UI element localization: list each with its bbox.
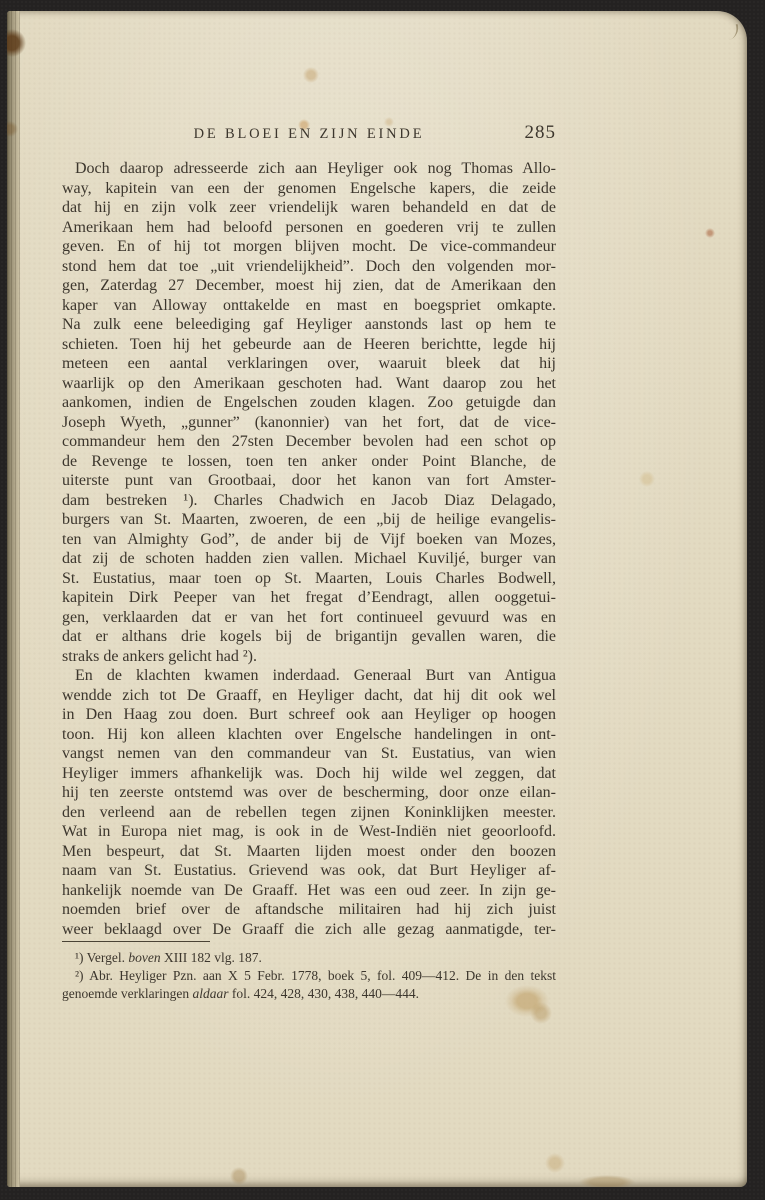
page-number: 285 xyxy=(525,122,557,144)
page-content: DE BLOEI EN ZIJN EINDE 285 Doch daarop a… xyxy=(62,126,556,1003)
text-line: dam bestreken ¹). Charles Chadwich en Ja… xyxy=(62,491,556,511)
text-line: burgers van St. Maarten, zwoeren, de een… xyxy=(62,510,556,530)
text-line: kapitein Dirk Peeper van het fregat d’Ee… xyxy=(62,588,556,608)
text-line: kaper van Alloway onttakelde en mast en … xyxy=(62,296,556,316)
text-line: Men bespeurt, dat St. Maarten lijden moe… xyxy=(62,842,556,862)
footnote-2-text-post: fol. 424, 428, 430, 438, 440—444. xyxy=(228,986,419,1001)
text-line: hankelijk noemde van De Graaff. Het was … xyxy=(62,881,556,901)
text-line: aankomen, indien de Engelschen zouden kl… xyxy=(62,393,556,413)
footnote-2: ²) Abr. Heyliger Pzn. aan X 5 Febr. 1778… xyxy=(62,967,556,1003)
text-line: toon. Hij kon alleen klachten over Engel… xyxy=(62,725,556,745)
text-line: vangst nemen van den commandeur van St. … xyxy=(62,744,556,764)
text-line: hij ten zeerste ontstemd was over de bes… xyxy=(62,783,556,803)
footnote-1-text-pre: Vergel. xyxy=(84,950,129,965)
footnote-1-marker: ¹) xyxy=(75,950,84,965)
text-line: ten van Almighty God”, de ander bij de V… xyxy=(62,530,556,550)
footnotes: ¹) Vergel. boven XIII 182 vlg. 187. ²) A… xyxy=(62,949,556,1003)
text-line: de Revenge te lossen, toen ten anker ond… xyxy=(62,452,556,472)
footnote-1-text-post: XIII 182 vlg. 187. xyxy=(161,950,262,965)
text-line: gen, verklaarden dat er van het fort con… xyxy=(62,608,556,628)
footnote-1: ¹) Vergel. boven XIII 182 vlg. 187. xyxy=(62,949,556,967)
header-title: DE BLOEI EN ZIJN EINDE xyxy=(62,126,556,143)
text-line: stond hem dat toe „uit vriendelijkheid”.… xyxy=(62,257,556,277)
footnote-2-text-italic: aldaar xyxy=(192,986,228,1001)
corner-crease xyxy=(721,24,741,42)
text-line: Amerikaan hem had beloofd personen en go… xyxy=(62,218,556,238)
text-line: En de klachten kwamen inderdaad. Generaa… xyxy=(62,666,556,686)
text-line: schieten. Toen hij het gebeurde aan de H… xyxy=(62,335,556,355)
running-header: DE BLOEI EN ZIJN EINDE 285 xyxy=(62,126,556,148)
text-line: Heyliger immers afhankelijk was. Doch hi… xyxy=(62,764,556,784)
text-line: meteen een aantal verklaringen over, waa… xyxy=(62,354,556,374)
book-page: DE BLOEI EN ZIJN EINDE 285 Doch daarop a… xyxy=(7,11,747,1187)
text-line: weer beklaagd over De Graaff die zich al… xyxy=(62,920,556,940)
text-line: in Den Haag zou doen. Burt schreef ook a… xyxy=(62,705,556,725)
footnote-2-marker: ²) xyxy=(75,968,84,983)
text-line: way, kapitein van een der genomen Engels… xyxy=(62,179,556,199)
text-line: dat zij de schoten hadden zien vallen. M… xyxy=(62,549,556,569)
footnote-rule xyxy=(62,941,210,942)
text-line: uiterste punt van Grootbaai, door het ka… xyxy=(62,471,556,491)
text-line: geven. En of hij tot morgen blijven moch… xyxy=(62,237,556,257)
text-line: wendde zich tot De Graaff, en Heyliger d… xyxy=(62,686,556,706)
text-line: Doch daarop adresseerde zich aan Heylige… xyxy=(62,159,556,179)
paragraph-1: Doch daarop adresseerde zich aan Heylige… xyxy=(62,159,556,666)
text-line: straks de ankers gelicht had ²). xyxy=(62,647,556,667)
text-line: gen, Zaterdag 27 December, moest hij zie… xyxy=(62,276,556,296)
text-line: dat hij en zijn volk zeer vriendelijk wa… xyxy=(62,198,556,218)
text-line: noemden brief over de aftandsche militai… xyxy=(62,900,556,920)
paragraph-2: En de klachten kwamen inderdaad. Generaa… xyxy=(62,666,556,939)
text-line: Na zulk eene beleediging gaf Heyliger aa… xyxy=(62,315,556,335)
text-line: naam van St. Eustatius. Grievend was ook… xyxy=(62,861,556,881)
text-line: waarlijk op den Amerikaan geschoten had.… xyxy=(62,374,556,394)
text-line: Joseph Wyeth, „gunner” (kanonnier) van h… xyxy=(62,413,556,433)
body-text: Doch daarop adresseerde zich aan Heylige… xyxy=(62,159,556,939)
footnote-1-text-italic: boven xyxy=(128,950,160,965)
text-line: Wat in Europa niet mag, is ook in de Wes… xyxy=(62,822,556,842)
page-left-edge xyxy=(7,11,20,1187)
text-line: commandeur hem den 27sten December bevol… xyxy=(62,432,556,452)
scanned-book-photo: DE BLOEI EN ZIJN EINDE 285 Doch daarop a… xyxy=(0,0,765,1200)
text-line: dat er althans drie kogels bij de brigan… xyxy=(62,627,556,647)
text-line: den verleend aan de rebellen tegen zijne… xyxy=(62,803,556,823)
text-line: St. Eustatius, maar toen op St. Maarten,… xyxy=(62,569,556,589)
